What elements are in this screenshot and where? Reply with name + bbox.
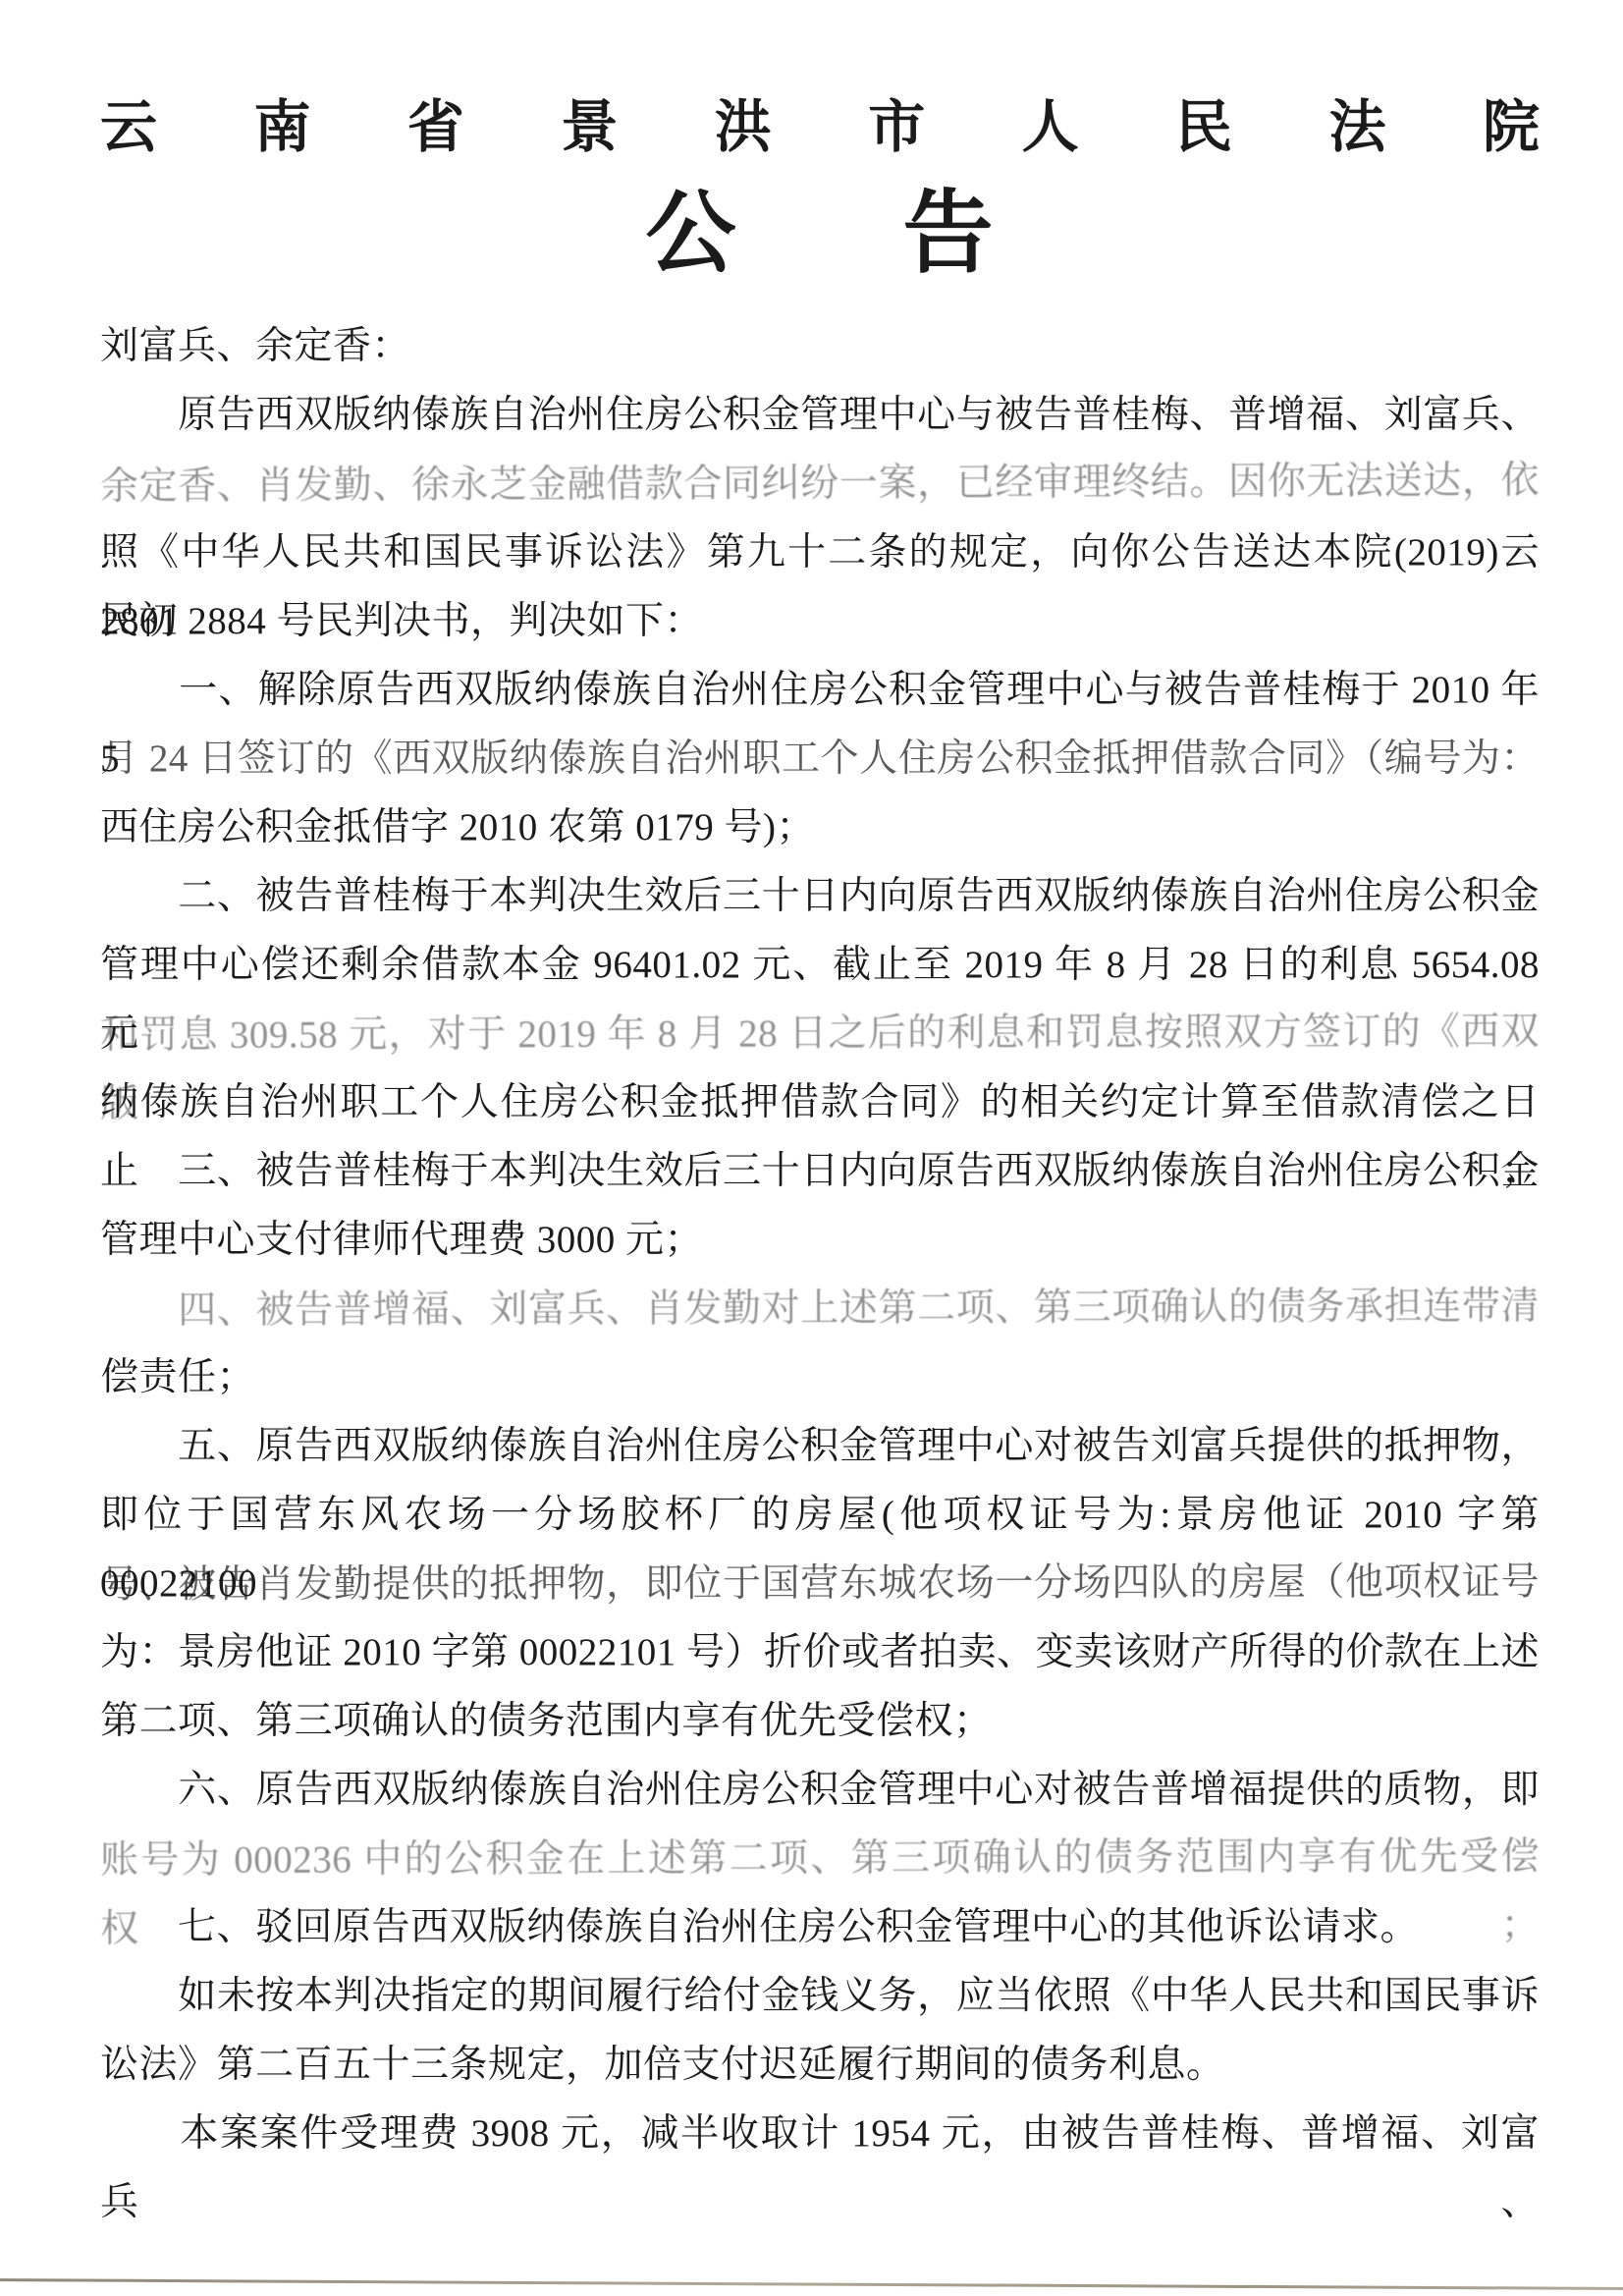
text-line: 为：景房他证 2010 字第 00022101 号）折价或者拍卖、变卖该财产所得… xyxy=(100,1618,1540,1687)
scan-edge-artifact-line xyxy=(0,2278,1623,2290)
text-line: 即位于国营东风农场一分场胶杯厂的房屋(他项权证号为:景房他证 2010 字第 0… xyxy=(100,1481,1540,1550)
court-name-heading: 云南省景洪市人民法院 xyxy=(100,94,1540,161)
document-title-text: 公告 xyxy=(646,183,1161,285)
text-line: 三、被告普桂梅于本判决生效后三十日内向原告西双版纳傣族自治州住房公积金 xyxy=(100,1137,1540,1206)
text-line: 西住房公积金抵借字 2010 农第 0179 号)； xyxy=(100,793,1540,862)
text-line: 五、原告西双版纳傣族自治州住房公积金管理中心对被告刘富兵提供的抵押物， xyxy=(100,1412,1540,1481)
text-line: 二、被告普桂梅于本判决生效后三十日内向原告西双版纳傣族自治州住房公积金 xyxy=(100,862,1540,931)
text-line: 管理中心支付律师代理费 3000 元； xyxy=(100,1206,1540,1275)
text-line: 偿责任； xyxy=(100,1343,1540,1412)
text-line: 和罚息 309.58 元，对于 2019 年 8 月 28 日之后的利息和罚息按… xyxy=(100,998,1540,1070)
text-line: 如未按本判决指定的期间履行给付金钱义务，应当依照《中华人民共和国民事诉 xyxy=(100,1962,1540,2031)
text-line: 一、解除原告西双版纳傣族自治州住房公积金管理中心与被告普桂梅于 2010 年 5 xyxy=(100,656,1540,725)
text-line: 民初 2884 号民判决书，判决如下： xyxy=(100,587,1540,656)
text-line: 照《中华人民共和国民事诉讼法》第九十二条的规定，向你公告送达本院(2019)云 … xyxy=(100,519,1540,587)
text-line: 账号为 000236 中的公积金在上述第二项、第三项确认的债务范围内享有优先受偿… xyxy=(100,1823,1540,1895)
document-title: 公告 xyxy=(0,183,1623,285)
text-line: 刘富兵、余定香： xyxy=(100,312,1540,381)
text-line: 号、被告肖发勤提供的抵押物，即位于国营东城农场一分场四队的房屋（他项权证号 xyxy=(100,1548,1540,1619)
text-line: 第二项、第三项确认的债务范围内享有优先受偿权； xyxy=(100,1687,1540,1756)
scanned-court-announcement-page: 云南省景洪市人民法院 公告 刘富兵、余定香： 原告西双版纳傣族自治州住房公积金管… xyxy=(0,0,1623,2296)
text-line: 本案案件受理费 3908 元，减半收取计 1954 元，由被告普桂梅、普增福、刘… xyxy=(100,2100,1540,2168)
text-line: 余定香、肖发勤、徐永芝金融借款合同纠纷一案，已经审理终结。因你无法送达，依 xyxy=(100,447,1540,521)
text-line: 四、被告普增福、刘富兵、肖发勤对上述第二项、第三项确认的债务承担连带清 xyxy=(100,1273,1540,1346)
text-line: 讼法》第二百五十三条规定，加倍支付迟延履行期间的债务利息。 xyxy=(100,2031,1540,2100)
document-body: 刘富兵、余定香： 原告西双版纳傣族自治州住房公积金管理中心与被告普桂梅、普增福、… xyxy=(100,312,1540,2168)
text-line: 六、原告西双版纳傣族自治州住房公积金管理中心对被告普增福提供的质物，即 xyxy=(100,1756,1540,1825)
text-line: 管理中心偿还剩余借款本金 96401.02 元、截止至 2019 年 8 月 2… xyxy=(100,931,1540,1000)
text-line: 原告西双版纳傣族自治州住房公积金管理中心与被告普桂梅、普增福、刘富兵、 xyxy=(100,381,1540,450)
text-line: 纳傣族自治州职工个人住房公积金抵押借款合同》的相关约定计算至借款清偿之日止； xyxy=(100,1068,1540,1137)
text-line: 月 24 日签订的《西双版纳傣族自治州职工个人住房公积金抵押借款合同》（编号为： xyxy=(100,725,1540,793)
